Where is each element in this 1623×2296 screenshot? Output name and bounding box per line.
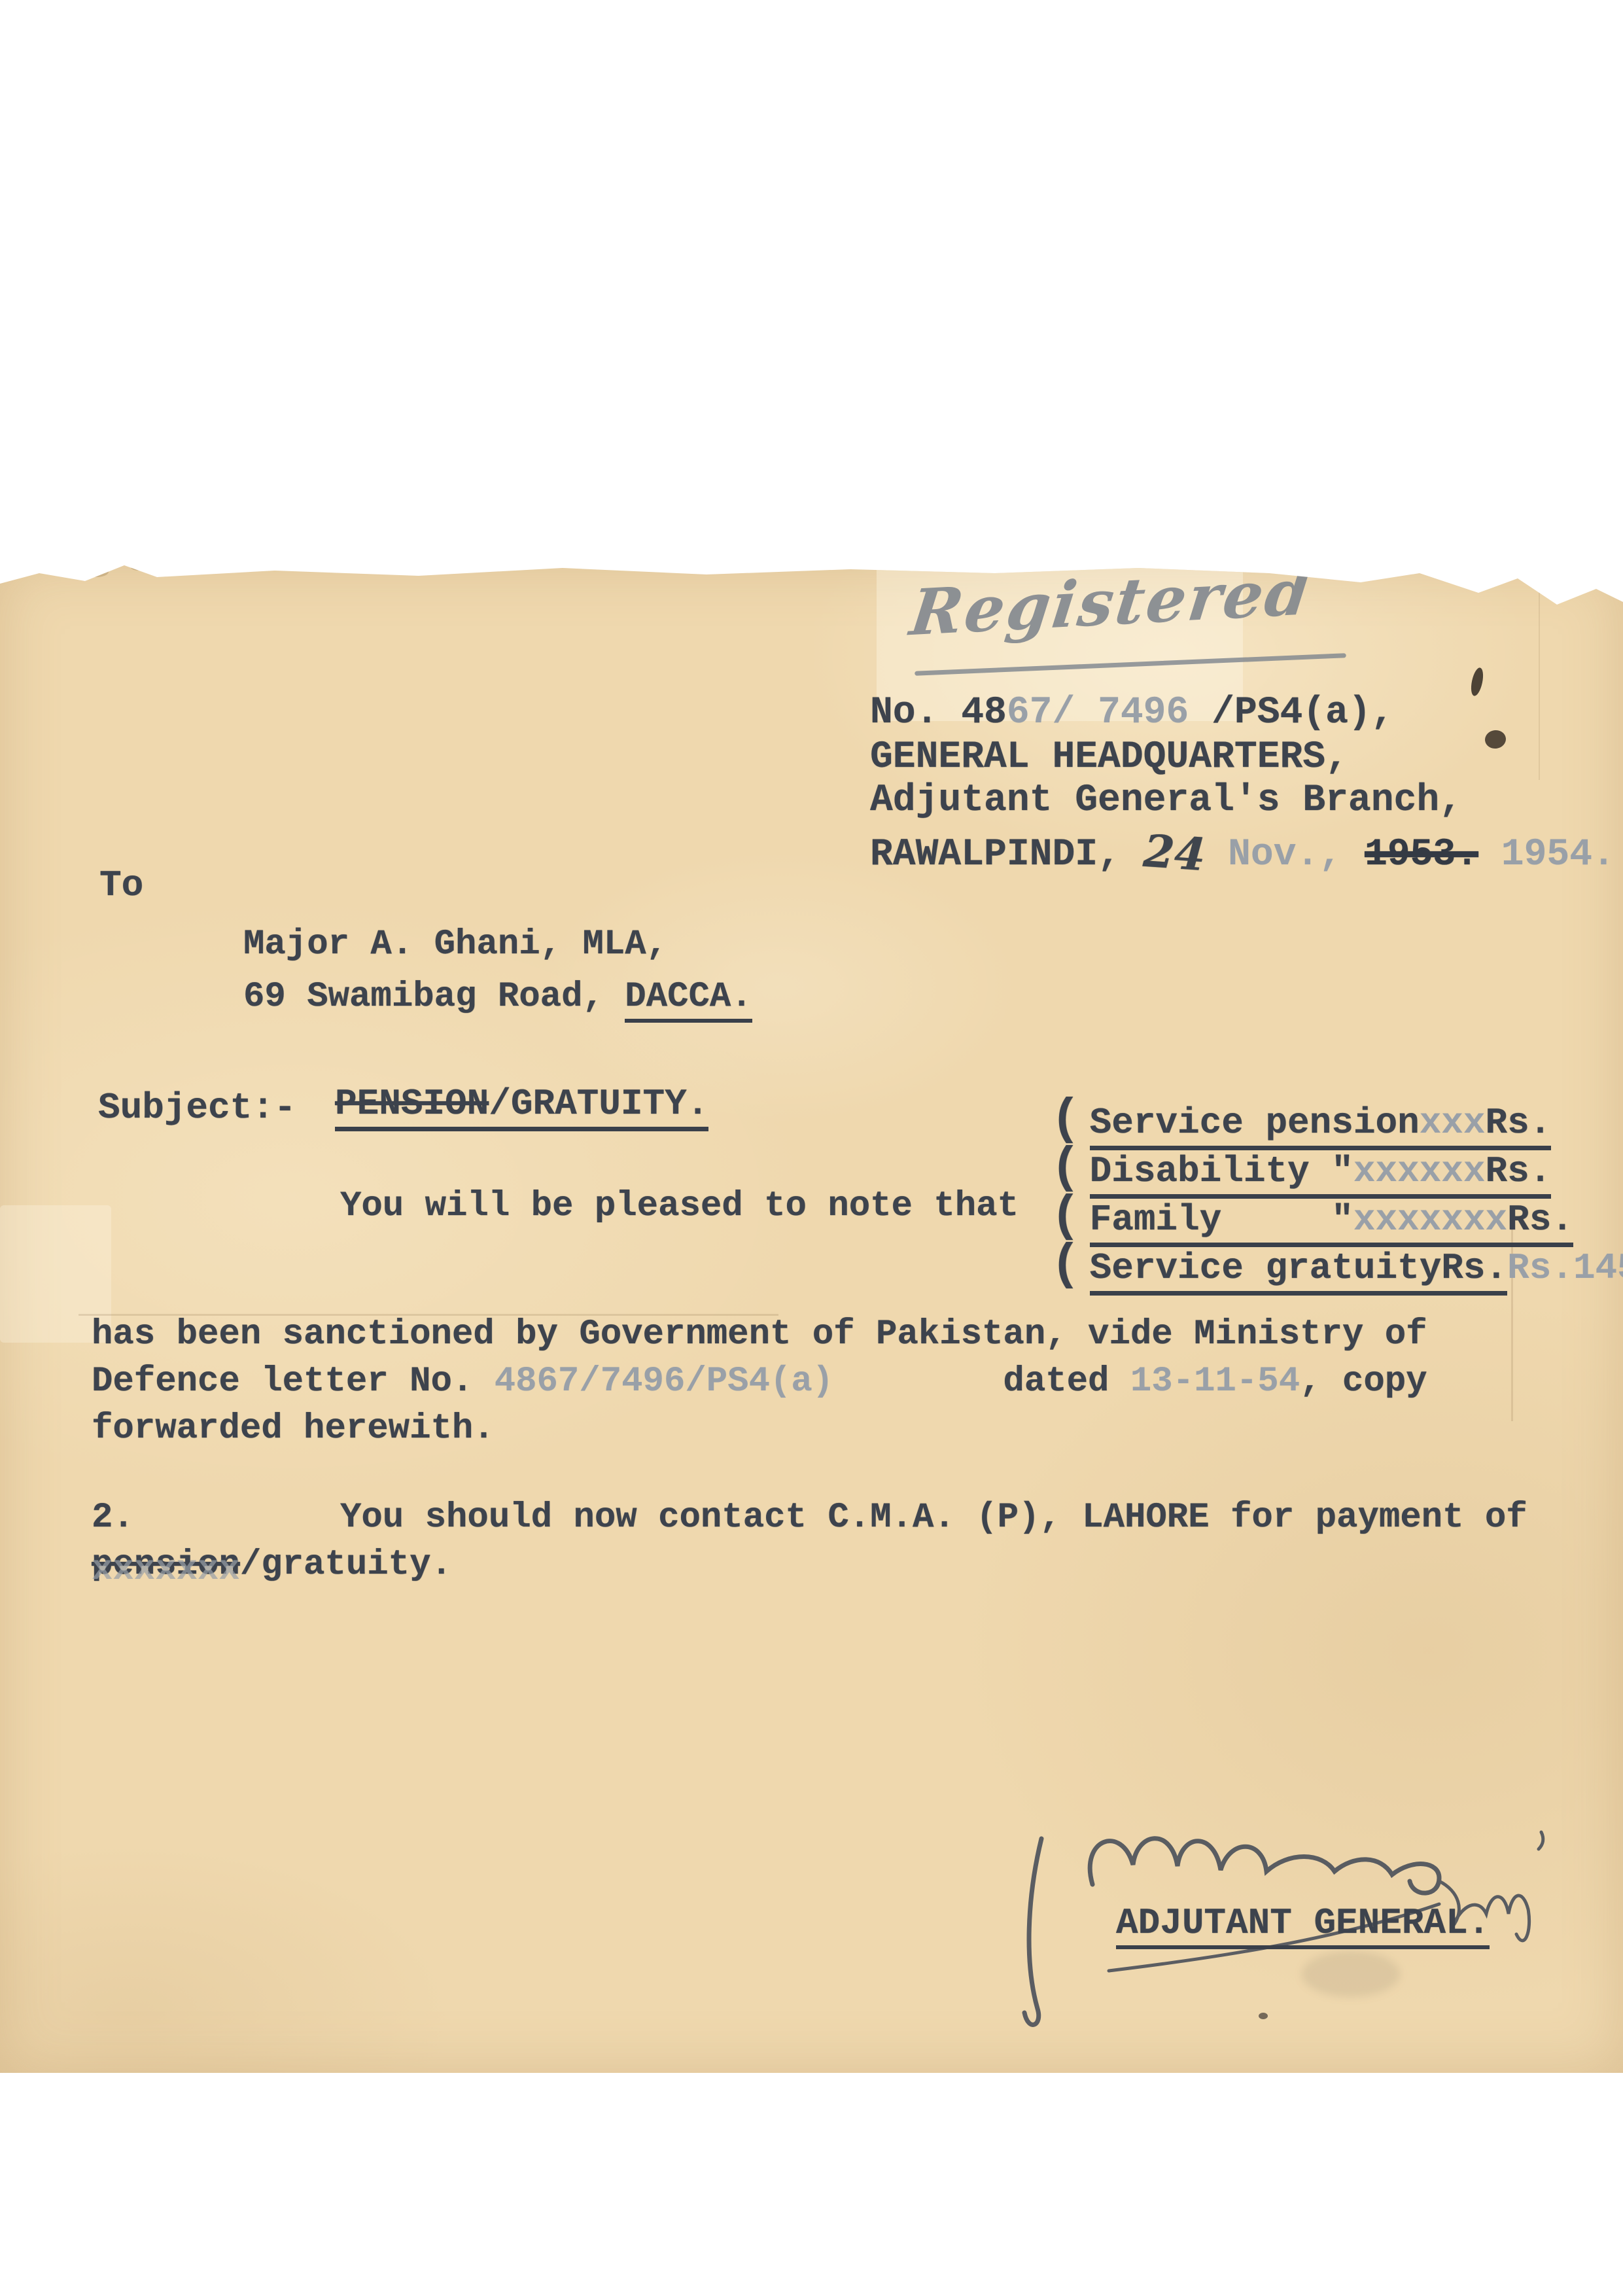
letterhead-line-branch: Adjutant General's Branch, <box>870 780 1462 822</box>
paper-crease <box>1539 564 1540 780</box>
para2-line-1: You should now contact C.M.A. (P), LAHOR… <box>340 1498 1527 1538</box>
schedule-row-content: Service gratuityRs. <box>1090 1248 1508 1296</box>
place-name: RAWALPINDI, <box>870 834 1143 876</box>
body-line-1: has been sanctioned by Government of Pak… <box>92 1315 1427 1354</box>
handwritten-registered: Registered <box>906 564 1316 650</box>
subject-word-rest: /GRATUITY. <box>489 1083 708 1125</box>
handwritten-day: 24 <box>1142 830 1207 876</box>
rs-label: Rs. <box>1486 1150 1552 1192</box>
schedule-item-label: Service pension <box>1090 1102 1420 1144</box>
scan-background: { "colors": { "paper": "#efd8ae", "ink":… <box>0 0 1623 2296</box>
bracket-paren: ( <box>1051 1198 1081 1235</box>
year-struck-out: 1953. <box>1365 834 1478 876</box>
city-underlined: DACCA. <box>625 977 752 1023</box>
schedule-item-label: Service gratuity <box>1090 1247 1442 1289</box>
date-line: RAWALPINDI, 24 Nov., 1953. 1954. <box>870 828 1615 876</box>
subject-value: PENSION/GRATUITY. <box>335 1084 708 1131</box>
street-text: 69 Swamibag Road, <box>243 977 625 1017</box>
xx-filler: xxxxxxx <box>1353 1199 1507 1241</box>
strikeout-x-overlay: xxxxxxx <box>92 1551 240 1590</box>
subject-label: Subject:- <box>98 1087 296 1128</box>
schedule-row: (Family "xxxxxxxRs. <box>1051 1199 1573 1247</box>
letter-date-light: 13-11-54 <box>1130 1362 1300 1402</box>
bracket-paren: ( <box>1051 1246 1081 1283</box>
schedule-row-content: Service pensionxxxRs. <box>1090 1103 1552 1150</box>
body-line-2-copy: , copy <box>1300 1362 1427 1402</box>
para2-number: 2. <box>92 1498 134 1538</box>
xx-filler: xxx <box>1420 1102 1486 1144</box>
schedule-row-content: Disability "xxxxxxRs. <box>1090 1151 1552 1199</box>
adjutant-general-label: ADJUTANT GENERAL. <box>1116 1903 1490 1949</box>
schedule-row: (Service gratuityRs.Rs.14500 <box>1051 1248 1623 1296</box>
rs-label: Rs. <box>1441 1247 1507 1289</box>
bracket-paren: ( <box>1051 1101 1081 1138</box>
reference-number-dark: No. 48 <box>870 692 1007 734</box>
body-line-2: Defence letter No. 4867/7496/PS4(a) date… <box>92 1362 1427 1402</box>
gratuity-rest: /gratuity. <box>240 1545 452 1585</box>
rs-label: Rs. <box>1486 1102 1552 1144</box>
year-corrected: 1954. <box>1478 834 1615 876</box>
month-light: Nov., <box>1205 834 1365 876</box>
schedule-row-content: Family "xxxxxxxRs. <box>1090 1199 1573 1247</box>
addressee-name: Major A. Ghani, MLA, <box>243 925 667 964</box>
paper-tear-mark <box>131 564 148 571</box>
schedule-row: (Service pensionxxxRs. <box>1051 1103 1551 1150</box>
reference-suffix: /PS4(a), <box>1212 692 1393 734</box>
gratuity-amount-light: Rs.14500 <box>1507 1248 1623 1288</box>
body-line-2-dark: Defence letter No. <box>92 1362 495 1402</box>
ink-blot <box>1484 729 1507 750</box>
rs-label: Rs. <box>1507 1199 1573 1241</box>
bracket-paren: ( <box>1051 1150 1081 1186</box>
schedule-item-label: Family " <box>1090 1199 1353 1241</box>
addressee-street: 69 Swamibag Road, DACCA. <box>243 978 752 1017</box>
to-label: To <box>99 865 143 906</box>
letter-number-light: 4867/7496/PS4(a) <box>495 1362 833 1402</box>
letterhead-line-hq: GENERAL HEADQUARTERS, <box>870 737 1348 779</box>
letter-paper: Registered No. 4867/ 7496 /PS4(a), GENER… <box>0 564 1623 2073</box>
lead-in-line: You will be pleased to note that <box>340 1187 1019 1226</box>
xx-filler: xxxxxx <box>1353 1150 1486 1192</box>
ink-blot <box>1469 667 1486 697</box>
signature-f-stroke <box>1024 1839 1041 2024</box>
body-line-2-dated: dated <box>833 1362 1130 1402</box>
subject-word-struck: PENSION <box>335 1083 489 1125</box>
reference-line: No. 4867/ 7496 /PS4(a), <box>870 692 1394 734</box>
schedule-item-label: Disability " <box>1090 1150 1353 1192</box>
body-line-3: forwarded herewith. <box>92 1409 495 1449</box>
schedule-row: (Disability "xxxxxxRs. <box>1051 1151 1551 1199</box>
reference-number-light: 67/ 7496 <box>1007 692 1212 734</box>
paper-tear-mark <box>84 567 109 577</box>
